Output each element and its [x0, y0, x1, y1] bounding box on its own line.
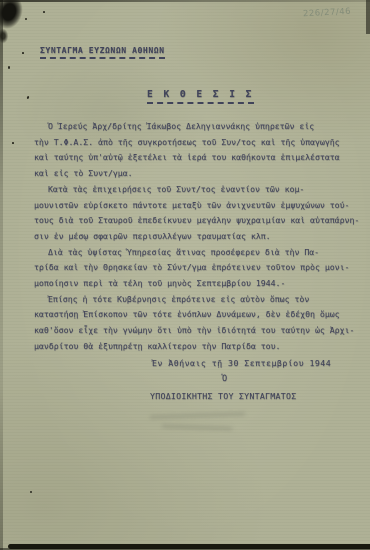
body-line: καθ'ὅσον εἶχε τὴν γνώμην ὅτι ὑπὸ τὴν ἰδι… — [34, 323, 354, 339]
body-line: τρίδα καὶ τὴν Θρησκείαν τὸ Σύντ/γμα ἐπρό… — [34, 260, 354, 276]
body-line: Ὁ Ἱερεύς Ἀρχ/δρίτης Ἰάκωβος Δεληγιαννάκη… — [34, 119, 354, 135]
ink-speck — [27, 96, 30, 100]
scanned-document-page: 226/27/46 ΣΥΝΤΑΓΜΑ ΕΥΖΩΝΩΝ ΑΘΗΝΩΝ Ε Κ Θ … — [0, 0, 370, 550]
document-body: Ὁ Ἱερεύς Ἀρχ/δρίτης Ἰάκωβος Δεληγιαννάκη… — [34, 119, 354, 355]
ink-speck — [8, 66, 10, 69]
ink-speck — [30, 491, 32, 493]
scan-artifact-top-edge — [0, 0, 370, 2]
body-line: καὶ ταύτης ὑπ'αὐτῷ ἐξετέλει τὰ ἱερά του … — [34, 150, 354, 166]
archive-reference-number: 226/27/46 — [303, 7, 352, 20]
body-line: σιν ἐν μέσῳ σφαιρῶν περισυλλέγων τραυματ… — [34, 229, 354, 245]
body-line: Διὰ τὰς ὑψίστας Ὑπηρεσίας ἅτινας προσέφε… — [34, 245, 354, 261]
body-line: τὴν Τ.Φ.Α.Σ. ἀπὸ τῆς συγκροτήσεως τοῦ Συ… — [34, 135, 354, 151]
body-line: καὶ εἰς τὸ Συντ/γμα. — [34, 166, 354, 182]
body-line: Ἐπίσης ἡ τότε Κυβέρνησις ἐπρότεινε εἰς α… — [34, 292, 354, 308]
unit-header: ΣΥΝΤΑΓΜΑ ΕΥΖΩΝΩΝ ΑΘΗΝΩΝ — [40, 46, 165, 59]
ink-speck — [12, 142, 14, 144]
body-line: μουνιστῶν εὑρίσκετο πάντοτε μεταξὺ τῶν ἀ… — [34, 198, 354, 214]
body-line: καταστήσῃ Ἐπίσκοπον τῶν τότε ἐνόπλων Δυν… — [34, 307, 354, 323]
scan-artifact-corner-blotch-small — [0, 26, 10, 46]
body-line: Κατὰ τὰς ἐπιχειρήσεις τοῦ Συντ/τος ἐναντ… — [34, 182, 354, 198]
body-line: μανδρίτου θὰ ἐξυπηρέτῃ καλλίτερον τὴν Πα… — [34, 339, 354, 355]
scan-artifact-left-edge — [0, 0, 3, 550]
ink-speck — [25, 18, 27, 20]
signature-title: ΥΠΟΔΙΟΙΚΗΤΗΣ ΤΟΥ ΣΥΝΤΑΓΜΑΤΟΣ — [150, 391, 296, 401]
ink-speck — [43, 11, 45, 13]
scan-artifact-right-edge — [366, 0, 370, 34]
faint-pencil-smudge — [150, 412, 245, 418]
body-line: τους διὰ τοῦ Σταυροῦ ἐπεδείκνυεν μεγάλην… — [34, 213, 354, 229]
body-line: μοποίησιν περὶ τὰ τέλη τοῦ μηνὸς Σεπτεμβ… — [34, 276, 354, 292]
place-and-date: Ἐν Ἀθήναις τῇ 30 Σεπτεμβρίου 1944 — [152, 358, 331, 368]
document-title: Ε Κ Θ Ε Σ Ι Σ — [147, 89, 254, 104]
signature-article: Ὁ — [222, 374, 227, 384]
ink-speck — [22, 52, 24, 54]
faint-pencil-smudge — [162, 425, 232, 430]
